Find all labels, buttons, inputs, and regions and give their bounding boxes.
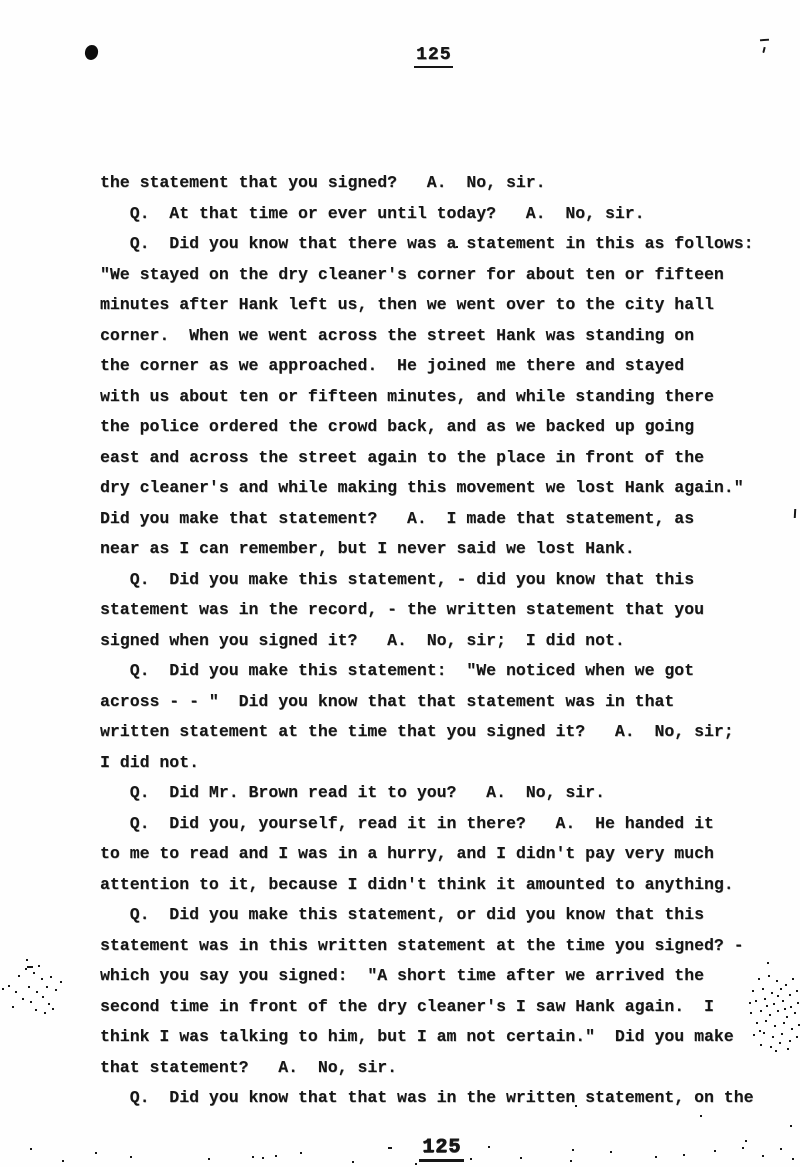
transcript-line: the police ordered the crowd back, and a… — [100, 412, 792, 443]
transcript-line: corner. When we went across the street H… — [100, 321, 792, 352]
transcript-line: "We stayed on the dry cleaner's corner f… — [100, 260, 792, 291]
transcript-line: statement was in the record, - the writt… — [100, 595, 792, 626]
transcript-line: Q. Did you, yourself, read it in there? … — [100, 809, 792, 840]
transcript-line: Q. Did you know that that was in the wri… — [100, 1083, 792, 1114]
transcript-line: which you say you signed: "A short time … — [100, 961, 792, 992]
document-page: 125 the statement that you signed? A. No… — [0, 0, 800, 1167]
transcript-line: second time in front of the dry cleaner'… — [100, 992, 792, 1023]
transcript-line: east and across the street again to the … — [100, 443, 792, 474]
transcript-line: the corner as we approached. He joined m… — [100, 351, 792, 382]
pen-mark-tick — [762, 47, 765, 53]
transcript-line: Q. Did you make this statement, or did y… — [100, 900, 792, 931]
margin-tick-artifact — [794, 509, 796, 518]
transcript-line: I did not. — [100, 748, 792, 779]
scan-noise-bottom — [0, 0, 2, 2]
transcript-line: dry cleaner's and while making this move… — [100, 473, 792, 504]
transcript-line: Q. Did you make this statement: "We noti… — [100, 656, 792, 687]
transcript-line: signed when you signed it? A. No, sir; I… — [100, 626, 792, 657]
transcript-line: Did you make that statement? A. I made t… — [100, 504, 792, 535]
transcript-line: with us about ten or fifteen minutes, an… — [100, 382, 792, 413]
transcript-line: statement was in this written statement … — [100, 931, 792, 962]
transcript-line: think I was talking to him, but I am not… — [100, 1022, 792, 1053]
transcript-line: to me to read and I was in a hurry, and … — [100, 839, 792, 870]
transcript-line: Q. Did you make this statement, - did yo… — [100, 565, 792, 596]
page-number-top: 125 — [414, 45, 453, 68]
transcript-line: Q. At that time or ever until today? A. … — [100, 199, 792, 230]
transcript-line: across - - " Did you know that that stat… — [100, 687, 792, 718]
transcript-line: written statement at the time that you s… — [100, 717, 792, 748]
transcript-body: the statement that you signed? A. No, si… — [100, 168, 792, 1114]
transcript-line: minutes after Hank left us, then we went… — [100, 290, 792, 321]
transcript-line: the statement that you signed? A. No, si… — [100, 168, 792, 199]
transcript-line: attention to it, because I didn't think … — [100, 870, 792, 901]
pen-mark-icon — [758, 38, 772, 58]
ink-dot-artifact — [84, 44, 99, 61]
pen-mark-dash — [760, 39, 769, 42]
page-number-bottom: 125 — [419, 1136, 464, 1162]
transcript-line: Q. Did Mr. Brown read it to you? A. No, … — [100, 778, 792, 809]
transcript-line: Q. Did you know that there was a stateme… — [100, 229, 792, 260]
transcript-line: near as I can remember, but I never said… — [100, 534, 792, 565]
transcript-line: that statement? A. No, sir. — [100, 1053, 792, 1084]
